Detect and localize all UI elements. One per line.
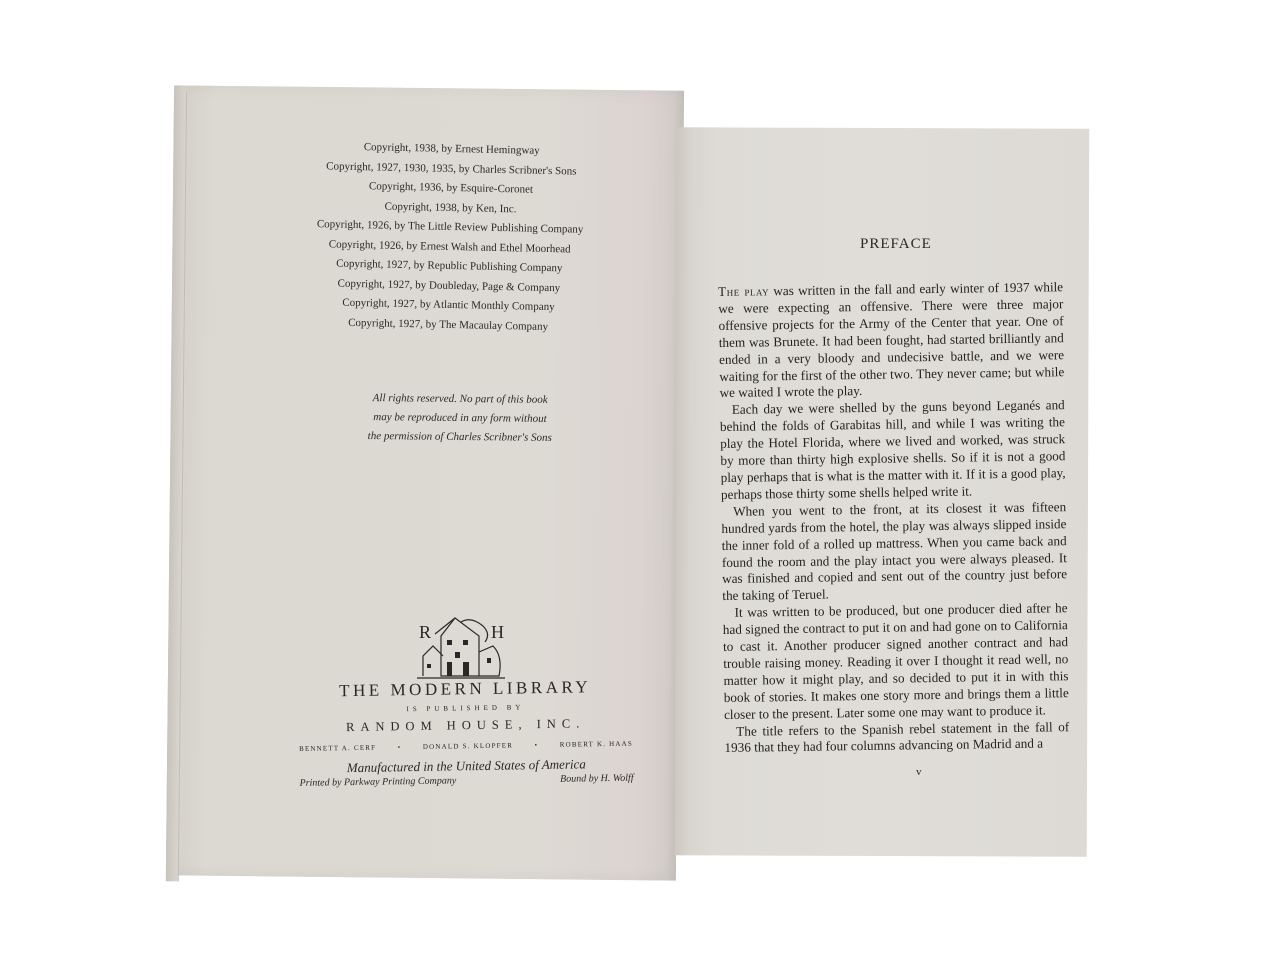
house-icon <box>405 612 515 682</box>
paragraph: The play was written in the fall and ear… <box>718 279 1065 402</box>
bound-by: Bound by H. Wolff <box>560 773 634 785</box>
publisher-name: RANDOM HOUSE, INC. <box>291 715 641 735</box>
separator-dot: • <box>535 741 539 749</box>
paragraph: When you went to the front, at its close… <box>721 499 1067 605</box>
page-number: v <box>916 766 922 778</box>
paragraph: Each day we were shelled by the guns bey… <box>720 398 1066 504</box>
preface-body: The play was written in the fall and ear… <box>718 279 1070 757</box>
rights-notice: All rights reserved. No part of this boo… <box>340 389 581 449</box>
rights-line: the permission of Charles Scribner's Son… <box>340 427 580 449</box>
copyright-block: Copyright, 1938, by Ernest Hemingway Cop… <box>258 136 642 339</box>
paragraph: It was written to be produced, but one p… <box>722 600 1069 723</box>
paragraph: The title refers to the Spanish rebel st… <box>724 719 1069 758</box>
separator-dot: • <box>398 743 402 751</box>
rights-line: All rights reserved. No part of this boo… <box>340 389 580 411</box>
series-title: THE MODERN LIBRARY <box>290 677 640 702</box>
published-by: IS PUBLISHED BY <box>290 701 640 714</box>
open-book: Copyright, 1938, by Ernest Hemingway Cop… <box>0 0 1280 960</box>
partner-name: DONALD S. KLOPFER <box>423 742 513 751</box>
rights-line: may be reproduced in any form without <box>340 408 580 430</box>
publisher-imprint: THE MODERN LIBRARY IS PUBLISHED BY RANDO… <box>290 677 642 789</box>
preface-heading: PREFACE <box>860 236 932 253</box>
partner-name: BENNETT A. CERF <box>299 744 376 753</box>
lead-in: The play <box>718 283 769 299</box>
publisher-partners: BENNETT A. CERF • DONALD S. KLOPFER • RO… <box>291 739 641 752</box>
paragraph-text: was written in the fall and early winter… <box>718 279 1064 400</box>
random-house-logo: R H <box>405 612 515 682</box>
partner-name: ROBERT K. HAAS <box>560 740 633 749</box>
